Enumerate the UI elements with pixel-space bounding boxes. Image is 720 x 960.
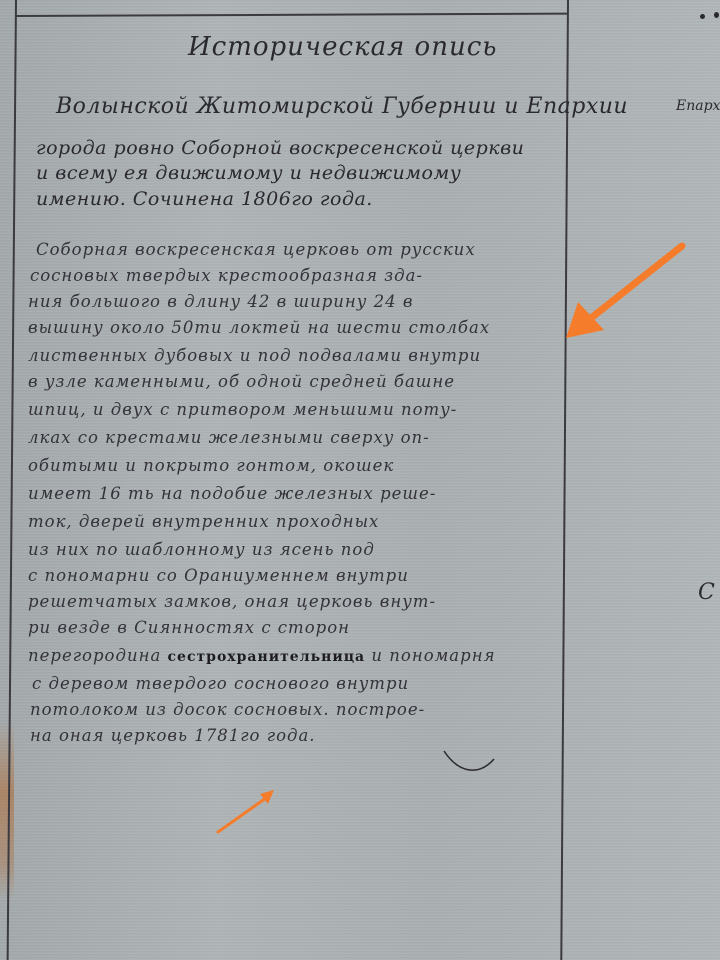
heading-line: города ровно Соборной воскресенской церк… [36, 137, 524, 159]
heading-line: имению. Сочинена 1806го года. [36, 188, 373, 210]
body-line-end: и пономарня [371, 646, 495, 665]
margin-note-right-top: Епархии [676, 98, 720, 114]
body-line: решетчатых замков, оная церковь внут- [28, 592, 436, 611]
body-line-start: перегородина [28, 646, 161, 665]
body-line: ния большого в длину 42 в ширину 24 в [28, 292, 413, 311]
body-line: ри везде в Сиянностях с сторон [28, 618, 350, 637]
body-line: обитыми и покрыто гонтом, окошек [28, 456, 394, 475]
annotation-arrow-lower-icon [212, 786, 282, 838]
body-line: Соборная воскресенская церковь от русски… [36, 240, 476, 259]
body-line: лиственных дубовых и под подвалами внутр… [28, 346, 481, 365]
body-line: шпиц, и двух с притвором меньшими поту- [28, 400, 457, 419]
ink-dot [700, 14, 705, 19]
body-line: на оная церковь 1781го года. [30, 726, 316, 745]
body-line: с пономарни со Ораниуменнем внутри [28, 566, 409, 585]
ink-dot [714, 12, 719, 18]
body-line: с деревом твердого соснового внутри [32, 674, 409, 693]
body-line: имеет 16 ть на подобие железных реше- [28, 484, 436, 503]
body-line: ток, дверей внутренних проходных [28, 512, 379, 531]
flourish-ornament [440, 745, 500, 785]
body-line: из них по шаблонному из ясень под [28, 540, 375, 559]
inserted-word: сестрохранительница [168, 649, 366, 665]
heading-line: Волынской Житомирской Губернии и Епархии [56, 94, 628, 119]
heading-line: и всему ея движимому и недвижимому [36, 162, 461, 184]
document-title: Историческая опись [188, 32, 497, 62]
body-line: лках со крестами железными сверху оп- [28, 428, 430, 447]
body-line: потолоком из досок сосновых. построе- [30, 700, 425, 719]
annotation-arrow-upper-icon [560, 240, 690, 350]
body-line: в узле каменными, об одной средней башне [28, 372, 455, 391]
body-line: перегородина сестрохранительница и поном… [28, 646, 496, 665]
body-line: вышину около 50ти локтей на шести столба… [28, 318, 490, 337]
body-line: сосновых твердых крестообразная зда- [30, 266, 423, 285]
margin-note-right-mid: С [698, 580, 715, 605]
